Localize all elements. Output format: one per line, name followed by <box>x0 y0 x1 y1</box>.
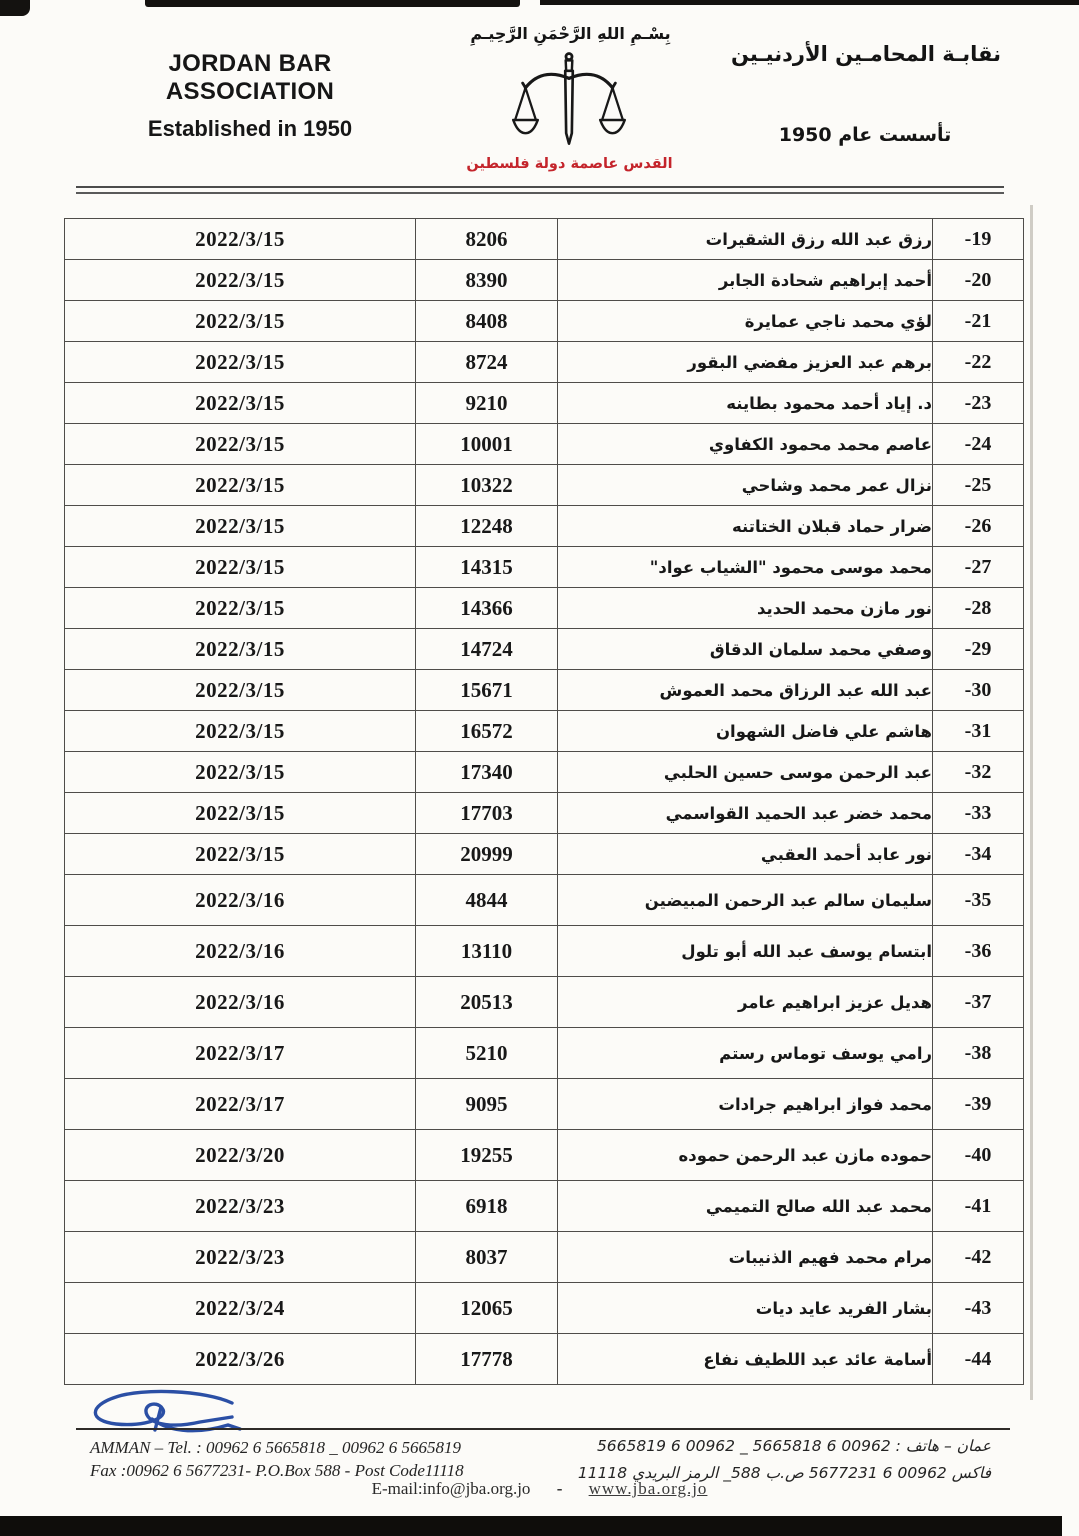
row-index: -23 <box>933 383 1024 424</box>
table-row: 2022/3/1515671عبد الله عبد الرزاق محمد ا… <box>65 670 1024 711</box>
member-number: 14366 <box>416 588 558 629</box>
row-index: -36 <box>933 926 1024 977</box>
table-row: 2022/3/1514315محمد موسى محمود "الشياب عو… <box>65 547 1024 588</box>
table-row: 2022/3/158206رزق عبد الله رزق الشقيرات-1… <box>65 219 1024 260</box>
row-index: -25 <box>933 465 1024 506</box>
member-name: محمد فواز ابراهيم جرادات <box>558 1079 933 1130</box>
member-rows: 2022/3/158206رزق عبد الله رزق الشقيرات-1… <box>65 219 1024 1385</box>
member-name: رزق عبد الله رزق الشقيرات <box>558 219 933 260</box>
row-index: -41 <box>933 1181 1024 1232</box>
bismillah-text: بِسْـمِ اللهِ الرَّحْمَنِ الرَّحِيـمِ <box>468 24 673 43</box>
table-row: 2022/3/1514724وصفي محمد سلمان الدقاق-29 <box>65 629 1024 670</box>
table-row: 2022/3/2019255حموده مازن عبد الرحمن حمود… <box>65 1130 1024 1181</box>
row-index: -40 <box>933 1130 1024 1181</box>
member-name: سليمان سالم عبد الرحمن المبيضين <box>558 875 933 926</box>
signature-icon <box>82 1388 254 1442</box>
scan-artifact-top-left <box>0 0 30 16</box>
member-name: نزال عمر محمد وشاحي <box>558 465 933 506</box>
table-row: 2022/3/1512248ضرار حماد قبلان الختاتنه-2… <box>65 506 1024 547</box>
separator-dash: - <box>557 1479 563 1499</box>
member-name: عبد الرحمن موسى حسين الحلبي <box>558 752 933 793</box>
established-arabic: تأسست عام 1950 <box>745 124 985 146</box>
row-index: -26 <box>933 506 1024 547</box>
member-date: 2022/3/26 <box>65 1334 416 1385</box>
member-number: 17340 <box>416 752 558 793</box>
established-english: Established in 1950 <box>85 116 415 142</box>
row-index: -37 <box>933 977 1024 1028</box>
member-number: 20999 <box>416 834 558 875</box>
member-number: 8037 <box>416 1232 558 1283</box>
member-number: 9210 <box>416 383 558 424</box>
member-date: 2022/3/20 <box>65 1130 416 1181</box>
members-table: 2022/3/158206رزق عبد الله رزق الشقيرات-1… <box>64 218 1024 1385</box>
table-row: 2022/3/158390أحمد إبراهيم شحادة الجابر-2… <box>65 260 1024 301</box>
member-number: 10001 <box>416 424 558 465</box>
member-name: محمد خضر عبد الحميد القواسمي <box>558 793 933 834</box>
row-index: -38 <box>933 1028 1024 1079</box>
member-date: 2022/3/15 <box>65 752 416 793</box>
table-row: 2022/3/1613110ابتسام يوسف عبد الله أبو ت… <box>65 926 1024 977</box>
table-row: 2022/3/2617778أسامة عائد عبد اللطيف نفاع… <box>65 1334 1024 1385</box>
table-row: 2022/3/1517340عبد الرحمن موسى حسين الحلب… <box>65 752 1024 793</box>
member-name: بشار الفريد عايد ديات <box>558 1283 933 1334</box>
row-index: -19 <box>933 219 1024 260</box>
member-name: هاشم علي فاضل الشهوان <box>558 711 933 752</box>
row-index: -27 <box>933 547 1024 588</box>
table-row: 2022/3/158724برهم عبد العزيز مفضي البقور… <box>65 342 1024 383</box>
table-row: 2022/3/2412065بشار الفريد عايد ديات-43 <box>65 1283 1024 1334</box>
address-ar-line1: عمان – هاتف : 00962 6 5665818 _ 00962 6 … <box>578 1433 991 1460</box>
member-name: محمد موسى محمود "الشياب عواد" <box>558 547 933 588</box>
member-date: 2022/3/15 <box>65 424 416 465</box>
member-name: لؤي محمد ناجي عمايرة <box>558 301 933 342</box>
member-date: 2022/3/15 <box>65 260 416 301</box>
table-row: 2022/3/1516572هاشم علي فاضل الشهوان-31 <box>65 711 1024 752</box>
scanned-document-page: JORDAN BAR ASSOCIATION Established in 19… <box>0 0 1079 1536</box>
table-row: 2022/3/1517703محمد خضر عبد الحميد القواس… <box>65 793 1024 834</box>
row-index: -20 <box>933 260 1024 301</box>
member-number: 20513 <box>416 977 558 1028</box>
member-number: 5210 <box>416 1028 558 1079</box>
member-date: 2022/3/16 <box>65 926 416 977</box>
member-date: 2022/3/24 <box>65 1283 416 1334</box>
member-number: 9095 <box>416 1079 558 1130</box>
scan-artifact-top-right <box>540 0 1079 5</box>
member-number: 4844 <box>416 875 558 926</box>
member-date: 2022/3/17 <box>65 1079 416 1130</box>
row-index: -43 <box>933 1283 1024 1334</box>
address-english: AMMAN – Tel. : 00962 6 5665818 _ 00962 6… <box>90 1436 464 1482</box>
row-index: -33 <box>933 793 1024 834</box>
table-row: 2022/3/1520999نور عابد أحمد العقبي-34 <box>65 834 1024 875</box>
org-title-arabic: نقابـة المحامـين الأردنيـين <box>710 42 1022 66</box>
member-number: 8408 <box>416 301 558 342</box>
member-name: أسامة عائد عبد اللطيف نفاع <box>558 1334 933 1385</box>
row-index: -35 <box>933 875 1024 926</box>
member-number: 14724 <box>416 629 558 670</box>
member-date: 2022/3/15 <box>65 383 416 424</box>
member-date: 2022/3/15 <box>65 219 416 260</box>
member-name: عاصم محمد محمود الكفاوي <box>558 424 933 465</box>
row-index: -42 <box>933 1232 1024 1283</box>
table-row: 2022/3/1514366نور مازن محمد الحديد-28 <box>65 588 1024 629</box>
website-link[interactable]: www.jba.org.jo <box>589 1479 708 1498</box>
member-date: 2022/3/23 <box>65 1181 416 1232</box>
email-text: E-mail:info@jba.org.jo <box>372 1479 531 1498</box>
member-date: 2022/3/23 <box>65 1232 416 1283</box>
member-number: 14315 <box>416 547 558 588</box>
member-number: 16572 <box>416 711 558 752</box>
member-number: 12248 <box>416 506 558 547</box>
footer-divider <box>76 1428 1010 1430</box>
member-date: 2022/3/15 <box>65 588 416 629</box>
table-row: 2022/3/158408لؤي محمد ناجي عمايرة-21 <box>65 301 1024 342</box>
header-divider <box>76 186 1004 194</box>
member-name: نور مازن محمد الحديد <box>558 588 933 629</box>
row-index: -34 <box>933 834 1024 875</box>
member-name: ضرار حماد قبلان الختاتنه <box>558 506 933 547</box>
member-date: 2022/3/15 <box>65 342 416 383</box>
member-number: 8724 <box>416 342 558 383</box>
row-index: -44 <box>933 1334 1024 1385</box>
table-row: 2022/3/175210رامي يوسف توماس رستم-38 <box>65 1028 1024 1079</box>
row-index: -32 <box>933 752 1024 793</box>
member-name: عبد الله عبد الرزاق محمد العموش <box>558 670 933 711</box>
org-title-english: JORDAN BAR ASSOCIATION <box>85 50 415 106</box>
row-index: -31 <box>933 711 1024 752</box>
member-date: 2022/3/15 <box>65 506 416 547</box>
table-row: 2022/3/1510001عاصم محمد محمود الكفاوي-24 <box>65 424 1024 465</box>
member-name: نور عابد أحمد العقبي <box>558 834 933 875</box>
member-number: 8206 <box>416 219 558 260</box>
scan-artifact-top-middle <box>145 0 520 7</box>
table-row: 2022/3/238037مرام محمد فهيم الذنيبات-42 <box>65 1232 1024 1283</box>
contact-links: E-mail:info@jba.org.jo - www.jba.org.jo <box>0 1479 1079 1499</box>
member-number: 6918 <box>416 1181 558 1232</box>
member-date: 2022/3/15 <box>65 711 416 752</box>
row-index: -22 <box>933 342 1024 383</box>
member-date: 2022/3/16 <box>65 977 416 1028</box>
member-date: 2022/3/15 <box>65 547 416 588</box>
member-date: 2022/3/15 <box>65 465 416 506</box>
table-row: 2022/3/179095محمد فواز ابراهيم جرادات-39 <box>65 1079 1024 1130</box>
member-name: ابتسام يوسف عبد الله أبو تلول <box>558 926 933 977</box>
member-date: 2022/3/15 <box>65 629 416 670</box>
member-date: 2022/3/15 <box>65 670 416 711</box>
table-row: 2022/3/1510322نزال عمر محمد وشاحي-25 <box>65 465 1024 506</box>
member-date: 2022/3/15 <box>65 301 416 342</box>
table-row: 2022/3/1620513هديل عزيز ابراهيم عامر-37 <box>65 977 1024 1028</box>
table-row: 2022/3/159210د. إياد أحمد محمود بطاينه-2… <box>65 383 1024 424</box>
row-index: -28 <box>933 588 1024 629</box>
table-row: 2022/3/164844سليمان سالم عبد الرحمن المب… <box>65 875 1024 926</box>
row-index: -21 <box>933 301 1024 342</box>
member-name: أحمد إبراهيم شحادة الجابر <box>558 260 933 301</box>
member-name: مرام محمد فهيم الذنيبات <box>558 1232 933 1283</box>
row-index: -39 <box>933 1079 1024 1130</box>
member-name: هديل عزيز ابراهيم عامر <box>558 977 933 1028</box>
member-date: 2022/3/16 <box>65 875 416 926</box>
member-number: 19255 <box>416 1130 558 1181</box>
member-number: 17703 <box>416 793 558 834</box>
member-number: 8390 <box>416 260 558 301</box>
table-row: 2022/3/236918محمد عبد الله صالح التميمي-… <box>65 1181 1024 1232</box>
member-number: 13110 <box>416 926 558 977</box>
scales-of-justice-icon <box>512 50 626 154</box>
member-number: 15671 <box>416 670 558 711</box>
member-name: حموده مازن عبد الرحمن حموده <box>558 1130 933 1181</box>
logo-caption-jerusalem: القدس عاصمة دولة فلسطين <box>462 156 677 172</box>
member-date: 2022/3/15 <box>65 834 416 875</box>
member-number: 17778 <box>416 1334 558 1385</box>
member-name: رامي يوسف توماس رستم <box>558 1028 933 1079</box>
scan-paper-edge <box>1030 205 1033 1400</box>
member-name: د. إياد أحمد محمود بطاينه <box>558 383 933 424</box>
row-index: -30 <box>933 670 1024 711</box>
scan-artifact-bottom-bar <box>0 1516 1062 1536</box>
member-name: محمد عبد الله صالح التميمي <box>558 1181 933 1232</box>
member-number: 12065 <box>416 1283 558 1334</box>
row-index: -29 <box>933 629 1024 670</box>
member-date: 2022/3/15 <box>65 793 416 834</box>
member-date: 2022/3/17 <box>65 1028 416 1079</box>
member-number: 10322 <box>416 465 558 506</box>
row-index: -24 <box>933 424 1024 465</box>
member-name: برهم عبد العزيز مفضي البقور <box>558 342 933 383</box>
member-name: وصفي محمد سلمان الدقاق <box>558 629 933 670</box>
address-en-line1: AMMAN – Tel. : 00962 6 5665818 _ 00962 6… <box>90 1436 464 1459</box>
